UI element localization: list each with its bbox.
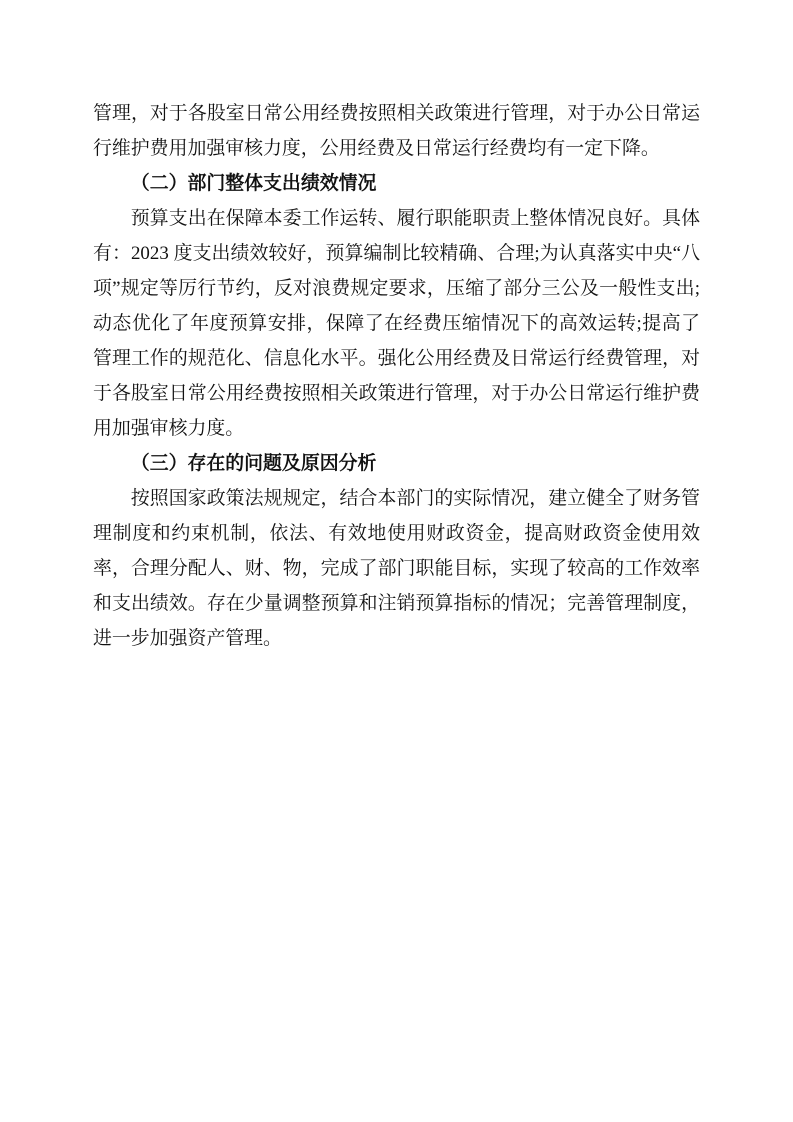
document-page: 管理，对于各股室日常公用经费按照相关政策进行管理，对于办公日常运行维护费用加强审… — [0, 0, 793, 1122]
paragraph-continuation: 管理，对于各股室日常公用经费按照相关政策进行管理，对于办公日常运行维护费用加强审… — [93, 96, 700, 166]
section-heading-3: （三）存在的问题及原因分析 — [93, 446, 700, 481]
paragraph-problems-analysis: 按照国家政策法规规定，结合本部门的实际情况，建立健全了财务管理制度和约束机制，依… — [93, 481, 700, 656]
document-content: 管理，对于各股室日常公用经费按照相关政策进行管理，对于办公日常运行维护费用加强审… — [93, 96, 700, 656]
paragraph-performance-overview: 预算支出在保障本委工作运转、履行职能职责上整体情况良好。具体有：2023 度支出… — [93, 201, 700, 446]
section-heading-2: （二）部门整体支出绩效情况 — [93, 166, 700, 201]
